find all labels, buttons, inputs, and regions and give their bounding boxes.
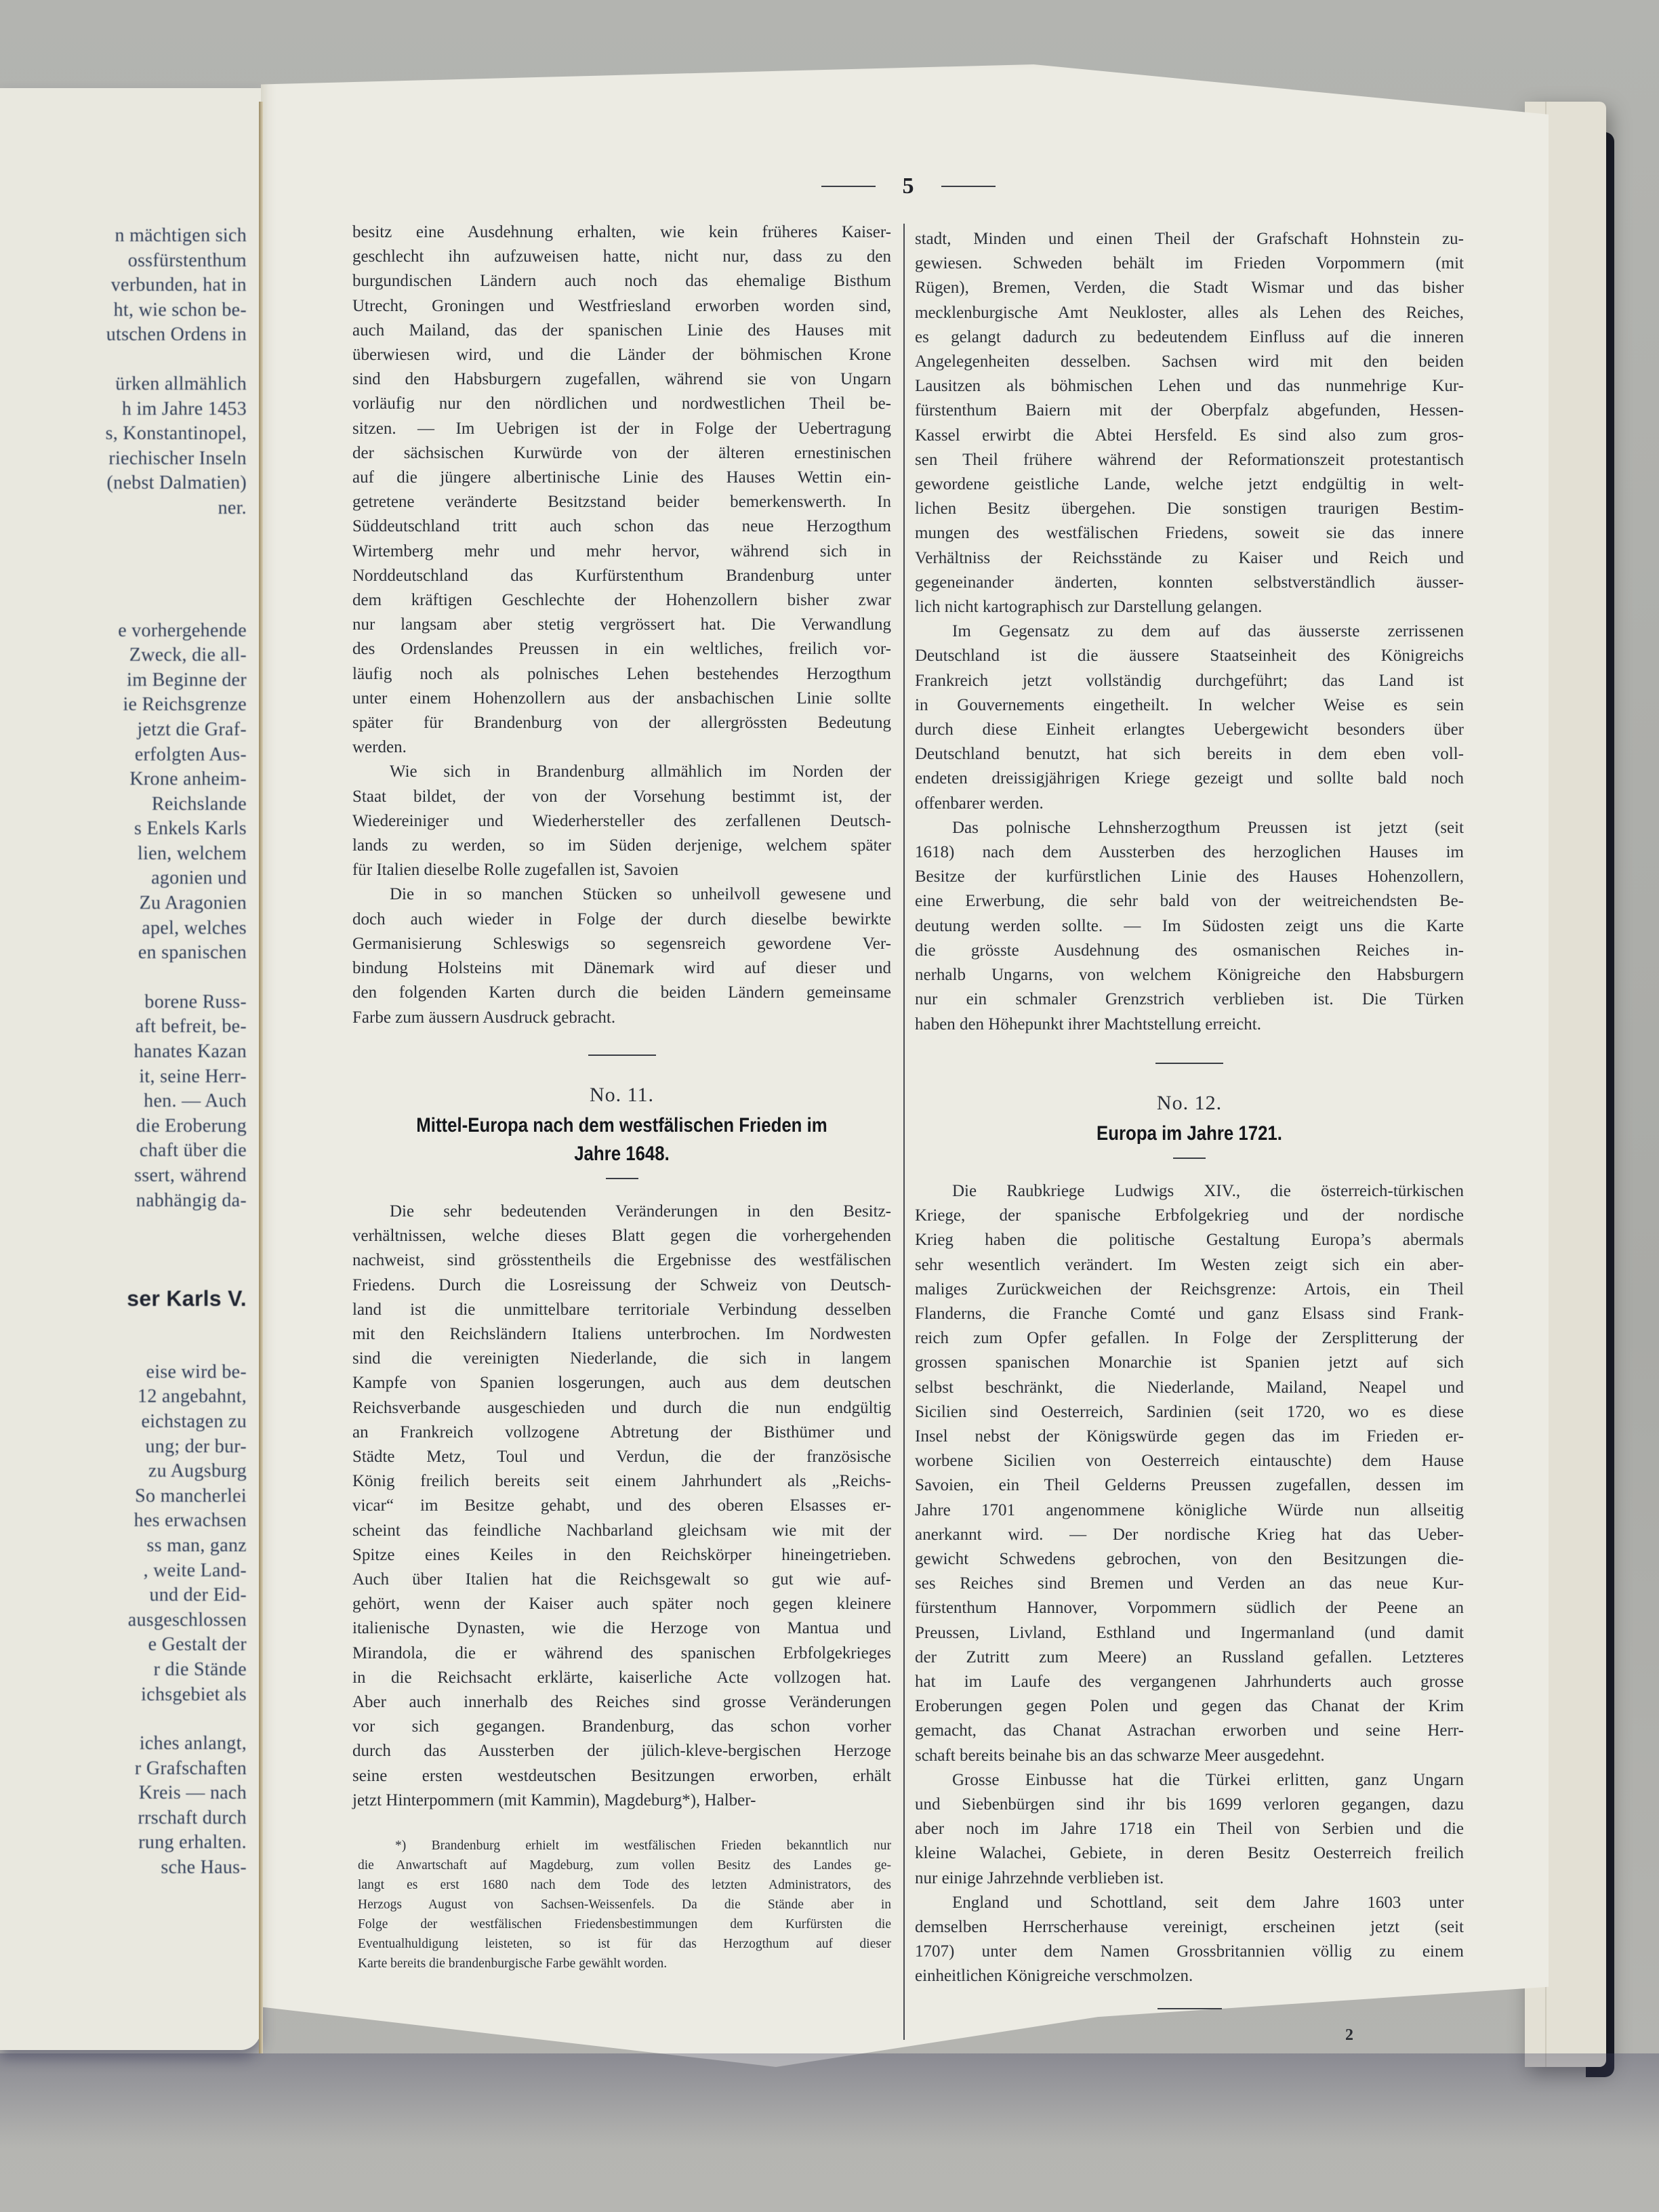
text-line: 12 angebahnt,	[0, 1385, 247, 1410]
text-line: auf die jüngere albertinische Linie des …	[352, 466, 891, 490]
section-12-body: Die Raubkriege Ludwigs XIV., die österre…	[915, 1179, 1464, 1768]
text-line: Norddeutschland das Kurfürstenthum Brand…	[352, 564, 891, 588]
text-line: utschen Ordens in	[0, 323, 247, 348]
section-title-11: Mittel-Europa nach dem westfälischen Fri…	[361, 1111, 883, 1168]
text-line: Farbe zum äussern Ausdruck gebracht.	[352, 1006, 891, 1030]
text-line: gewordene geistliche Lande, welche jetzt…	[915, 472, 1464, 497]
text-line: durch diese Einheit erlangtes Uebergewic…	[915, 718, 1464, 742]
text-line: Das polnische Lehnsherzogthum Preussen i…	[915, 816, 1464, 840]
page-bottom-shadow	[0, 2053, 1659, 2212]
text-line: Besitze der kurfürstlichen Linie des Hau…	[915, 865, 1464, 889]
text-line: (nebst Dalmatien)	[0, 471, 247, 496]
text-line: hen. — Auch	[0, 1089, 247, 1114]
text-line: Folge der westfälischen Friedensbestimmu…	[358, 1914, 891, 1934]
text-line: hanates Kazan	[0, 1040, 247, 1065]
text-line: langt es erst 1680 nach dem Tode des let…	[358, 1875, 891, 1895]
text-line: durch das Aussterben der jülich-kleve-be…	[352, 1739, 891, 1763]
text-line: in die Reichsacht erklärte, kaiserliche …	[352, 1666, 891, 1690]
text-line: n mächtigen sich	[0, 224, 247, 249]
text-line: apel, welches	[0, 916, 247, 941]
header-rule-left	[821, 186, 876, 187]
text-line: sehr wesentlich verändert. Im Westen zei…	[915, 1253, 1464, 1277]
text-line: sitzen. — Im Uebrigen ist der in Folge d…	[352, 417, 891, 441]
text-line: getretene veränderte Besitzstand beider …	[352, 490, 891, 514]
text-line: riechischer Inseln	[0, 447, 247, 472]
text-line: hes erwachsen	[0, 1509, 247, 1534]
text-line: erfolgten Aus-	[0, 743, 247, 768]
text-line: geschlecht ihn aufzuweisen hatte, nicht …	[352, 245, 891, 269]
text-line: zu Augsburg	[0, 1459, 247, 1484]
text-line: So mancherlei	[0, 1484, 247, 1509]
text-line: deutung werden sollte. — Im Südosten zei…	[915, 914, 1464, 939]
text-line: reich zum Opfer gefallen. In Folge der Z…	[915, 1326, 1464, 1351]
text-line: offenbarer werden.	[915, 792, 1464, 816]
text-line: mungen des westfälischen Friedens, sowei…	[915, 521, 1464, 546]
text-line: im Beginne der	[0, 668, 247, 693]
text-line: Karte bereits die brandenburgische Farbe…	[358, 1954, 891, 1973]
text-line: sen Theil frühere während der Reformatio…	[915, 448, 1464, 472]
text-line: s Enkels Karls	[0, 817, 247, 842]
left-fragment-block-d: borene Russ-aft befreit, be-hanates Kaza…	[0, 990, 247, 1213]
end-rule	[1158, 2008, 1222, 2009]
text-line: den folgenden Karten durch die beiden Lä…	[352, 981, 891, 1005]
text-line: 1707) unter dem Namen Grossbritannien vö…	[915, 1940, 1464, 1964]
text-line: Wie sich in Brandenburg allmählich im No…	[352, 760, 891, 784]
text-line: rrschaft durch	[0, 1806, 247, 1831]
text-line: *) Brandenburg erhielt im westfälischen …	[358, 1836, 891, 1856]
text-line: chaft über die	[0, 1139, 247, 1164]
section-divider-rule	[588, 1054, 656, 1056]
text-line: ichsgebiet als	[0, 1683, 247, 1708]
section-number-12: No. 12.	[915, 1091, 1464, 1115]
text-line: mit den Reichsländern Italiens unterbroc…	[352, 1322, 891, 1347]
text-line: ossfürstenthum	[0, 249, 247, 274]
left-page-text: n mächtigen sichossfürstenthumverbunden,…	[0, 224, 247, 1881]
left-fragment-block-e: eise wird be-12 angebahnt,eichstagen zuu…	[0, 1360, 247, 1707]
text-line: Reichslande	[0, 792, 247, 817]
text-line: Die in so manchen Stücken so unheilvoll …	[352, 882, 891, 907]
text-line: die Anwartschaft auf Magdeburg, zum voll…	[358, 1856, 891, 1875]
text-line: Kreis — nach	[0, 1781, 247, 1806]
text-line: und Siebenbürgen sind ihr bis 1699 verlo…	[915, 1793, 1464, 1817]
section-number-11: No. 11.	[352, 1083, 891, 1107]
text-line: ht, wie schon be-	[0, 298, 247, 323]
text-line: italienische Dynasten, wie die Herzoge v…	[352, 1616, 891, 1641]
page-number: 5	[903, 173, 914, 199]
text-line: Deutschland ist die äussere Staatseinhei…	[915, 644, 1464, 668]
text-line: und der Eid-	[0, 1583, 247, 1608]
text-line: Wiedereiniger und Wiederhersteller des z…	[352, 809, 891, 834]
text-line: Städte Metz, Toul und Verdun, die der fr…	[352, 1445, 891, 1469]
text-line: besitz eine Ausdehnung erhalten, wie kei…	[352, 220, 891, 245]
text-line: ung; der bur-	[0, 1435, 247, 1460]
text-line: Rügen), Bremen, Verden, die Stadt Wismar…	[915, 276, 1464, 300]
paragraph-tuerkei: Grosse Einbusse hat die Türkei erlitten,…	[915, 1768, 1464, 1891]
text-line: lien, welchem	[0, 842, 247, 867]
text-line: ner.	[0, 496, 247, 521]
text-line: eine Erwerbung, die sehr bald von der we…	[915, 889, 1464, 914]
text-line: agonien und	[0, 866, 247, 891]
text-line: Germanisierung Schleswigs so segensreich…	[352, 932, 891, 956]
text-line: die Eroberung	[0, 1114, 247, 1139]
text-line: eise wird be-	[0, 1360, 247, 1385]
text-line: ses Reiches sind Bremen und Verden an da…	[915, 1572, 1464, 1596]
section-11-body: Die sehr bedeutenden Veränderungen in de…	[352, 1200, 891, 1813]
text-line: Lausitzen als böhmischen Lehen und das n…	[915, 374, 1464, 398]
column-divider	[903, 224, 905, 2040]
text-line: später für Brandenburg von der allergrös…	[352, 711, 891, 735]
paragraph-grossbritannien: England und Schottland, seit dem Jahre 1…	[915, 1891, 1464, 1989]
text-line: borene Russ-	[0, 990, 247, 1015]
left-fragment-block-b: ürken allmählichh im Jahre 1453s, Konsta…	[0, 372, 247, 521]
text-line: nachweist, sind grösstentheils die Ergeb…	[352, 1248, 891, 1273]
text-column-left: besitz eine Ausdehnung erhalten, wie kei…	[352, 220, 891, 1973]
text-line: nur einige Jahrzehnde verblieben ist.	[915, 1866, 1464, 1891]
text-line: vor sich gegangen. Brandenburg, das scho…	[352, 1715, 891, 1739]
text-line: nur langsam aber stetig vergrössert hat.…	[352, 613, 891, 637]
section-title-12: Europa im Jahre 1721.	[924, 1120, 1455, 1148]
text-line: Angelegenheiten desselben. Sachsen wird …	[915, 350, 1464, 374]
paragraph-brandenburg-savoien: Wie sich in Brandenburg allmählich im No…	[352, 760, 891, 882]
text-line: gemacht, das Chanat Astrachan erworben u…	[915, 1719, 1464, 1743]
text-line: Zweck, die all-	[0, 643, 247, 668]
text-line: burgundischen Ländern auch noch das ehem…	[352, 269, 891, 293]
text-line: fürstenthum Hannover, Vorpommern südlich…	[915, 1596, 1464, 1620]
text-line: seine ersten westdeutschen Besitzungen e…	[352, 1764, 891, 1788]
page-header: 5	[806, 173, 1010, 200]
text-line: eichstagen zu	[0, 1410, 247, 1435]
text-line: fürstenthum Baiern mit der Oberpfalz abg…	[915, 398, 1464, 423]
text-line: stadt, Minden und einen Theil der Grafsc…	[915, 227, 1464, 251]
text-line: Im Gegensatz zu dem auf das äusserste ze…	[915, 619, 1464, 644]
text-line: h im Jahre 1453	[0, 397, 247, 422]
text-line: lands zu werden, so im Süden derjenige, …	[352, 834, 891, 858]
text-line: maliges Zurückweichen der Reichsgrenze: …	[915, 1277, 1464, 1302]
text-line: aber noch im Jahre 1718 ein Theil von Se…	[915, 1817, 1464, 1841]
text-line: Auch über Italien hat die Reichsgewalt s…	[352, 1568, 891, 1592]
text-line: , weite Land-	[0, 1559, 247, 1584]
text-line: Herzogs August von Sachsen-Weissenfels. …	[358, 1895, 891, 1914]
text-line: iches anlangt,	[0, 1732, 247, 1757]
text-line: Frankreich jetzt vollständig durchgeführ…	[915, 669, 1464, 693]
text-line: worbene Sicilien von Oesterreich eintaus…	[915, 1449, 1464, 1473]
text-line: verbunden, hat in	[0, 273, 247, 298]
text-line: e vorhergehende	[0, 619, 247, 644]
text-line: auch Mailand, das der spanischen Linie d…	[352, 319, 891, 343]
paragraph-schweden-sachsen: stadt, Minden und einen Theil der Grafsc…	[915, 227, 1464, 619]
text-line: aft befreit, be-	[0, 1015, 247, 1040]
text-line: Verhältniss der Reichsstände zu Kaiser u…	[915, 546, 1464, 571]
paragraph-frankreich: Im Gegensatz zu dem auf das äusserste ze…	[915, 619, 1464, 816]
left-fragment-heading: ser Karls V.	[0, 1286, 247, 1311]
text-line: ürken allmählich	[0, 372, 247, 397]
text-line: nabhängig da-	[0, 1189, 247, 1214]
text-line: nur ein schmaler Grenzstrich verblieben …	[915, 987, 1464, 1012]
text-line: r die Stände	[0, 1658, 247, 1683]
text-line: die grösste Ausdehnung des osmanischen R…	[915, 939, 1464, 963]
text-line: gewicht Schwedens gebrochen, von den Bes…	[915, 1547, 1464, 1572]
text-line: Deutschland benutzt, hat sich bereits in…	[915, 742, 1464, 766]
text-line: Friedens. Durch die Losreissung der Schw…	[352, 1273, 891, 1298]
text-line: läufig noch als polnisches Lehen bestehe…	[352, 662, 891, 687]
text-line: Sicilien sind Oesterreich, Sardinien (se…	[915, 1400, 1464, 1425]
text-line: haben den Höhepunkt ihrer Machtstellung …	[915, 1012, 1464, 1037]
text-line: ssert, während	[0, 1164, 247, 1189]
text-line: 1618) nach dem Aussterben des herzoglich…	[915, 840, 1464, 865]
text-line: kleine Walachei, Gebiete, in deren Besit…	[915, 1841, 1464, 1866]
text-line: endeten dreissigjährigen Kriege gezeigt …	[915, 766, 1464, 791]
text-line: der Zutritt zum Meere) an Russland gefal…	[915, 1645, 1464, 1670]
text-line: des Ordenslandes Preussen in ein weltlic…	[352, 637, 891, 661]
section-divider-rule	[1155, 1063, 1223, 1064]
text-line: Savoien, ein Theil Gelderns Preussen zug…	[915, 1473, 1464, 1498]
text-line: anerkannt wird. — Der nordische Krieg ha…	[915, 1523, 1464, 1547]
text-line: gehört, wenn der Kaiser auch später noch…	[352, 1592, 891, 1616]
text-line: Süddeutschland tritt auch schon das neue…	[352, 514, 891, 539]
text-line: Grosse Einbusse hat die Türkei erlitten,…	[915, 1768, 1464, 1793]
text-line: Insel nebst der Königswürde gegen das im…	[915, 1425, 1464, 1449]
text-line: Mirandola, die er während des spanischen…	[352, 1641, 891, 1666]
text-line: nerhalb Ungarns, von welchem Königreiche…	[915, 963, 1464, 987]
text-line: ausgeschlossen	[0, 1608, 247, 1633]
text-line: für Italien dieselbe Rolle zugefallen is…	[352, 858, 891, 882]
text-line: gewiesen. Schweden behält im Frieden Vor…	[915, 251, 1464, 276]
text-line: England und Schottland, seit dem Jahre 1…	[915, 1891, 1464, 1915]
text-line: grossen spanischen Monarchie ist Spanien…	[915, 1351, 1464, 1375]
text-line: in Gouvernements eingetheilt. In welcher…	[915, 693, 1464, 718]
text-line: lich nicht kartographisch zur Darstellun…	[915, 595, 1464, 619]
left-fragment-block-a: n mächtigen sichossfürstenthumverbunden,…	[0, 224, 247, 348]
text-line: an Frankreich vollzogene Abtretung der B…	[352, 1420, 891, 1445]
header-rule-right	[941, 186, 996, 187]
text-line: der sächsischen Kurwürde von der älteren…	[352, 441, 891, 466]
text-line: sind die vereinigten Niederlande, die si…	[352, 1347, 891, 1371]
text-line: rung erhalten.	[0, 1830, 247, 1856]
text-line: e Gestalt der	[0, 1633, 247, 1658]
text-line: überwiesen wird, und die Länder der böhm…	[352, 343, 891, 367]
text-line: scheint das feindliche Nachbarland gleic…	[352, 1519, 891, 1543]
text-line: jetzt die Graf-	[0, 718, 247, 743]
title-underline-rule	[1173, 1158, 1206, 1159]
title-underline-rule	[606, 1178, 638, 1179]
text-line: Die sehr bedeutenden Veränderungen in de…	[352, 1200, 891, 1224]
footnote: *) Brandenburg erhielt im westfälischen …	[352, 1836, 891, 1973]
text-line: land ist die unmittelbare territoriale V…	[352, 1298, 891, 1322]
text-line: ie Reichsgrenze	[0, 693, 247, 718]
text-line: vorläufig nur den nördlichen und nordwes…	[352, 392, 891, 416]
text-line: Utrecht, Groningen und Westfriesland erw…	[352, 294, 891, 319]
text-line: jetzt Hinterpommern (mit Kammin), Magdeb…	[352, 1788, 891, 1813]
text-line: bindung Holsteins mit Dänemark wird auf …	[352, 956, 891, 981]
paragraph-preussen: Das polnische Lehnsherzogthum Preussen i…	[915, 816, 1464, 1037]
text-line: schaft bereits beinahe bis an das schwar…	[915, 1744, 1464, 1768]
text-line: König freilich bereits seit einem Jahrhu…	[352, 1469, 891, 1494]
text-line: mecklenburgische Amt Neukloster, alles a…	[915, 301, 1464, 325]
text-line: dem kräftigen Geschlechte der Hohenzolle…	[352, 588, 891, 613]
text-line: sche Haus-	[0, 1856, 247, 1881]
text-line: werden.	[352, 735, 891, 760]
text-line: s, Konstantinopel,	[0, 422, 247, 447]
text-line: hat im Laufe des vergangenen Jahrhundert…	[915, 1670, 1464, 1694]
text-line: verhältnissen, welche dieses Blatt gegen…	[352, 1224, 891, 1248]
text-line: r Grafschaften	[0, 1757, 247, 1782]
text-line: ss man, ganz	[0, 1534, 247, 1559]
left-page: n mächtigen sichossfürstenthumverbunden,…	[0, 88, 261, 2050]
text-line: lichen Besitz übergehen. Die sonstigen t…	[915, 497, 1464, 521]
text-line: Krieg haben die politische Gestaltung Eu…	[915, 1228, 1464, 1252]
text-line: Zu Aragonien	[0, 891, 247, 916]
text-column-right: stadt, Minden und einen Theil der Grafsc…	[915, 227, 1464, 2009]
text-line: Wirtemberg mehr und mehr hervor, während…	[352, 539, 891, 564]
text-line: demselben Herrscherhause vereinigt, ersc…	[915, 1915, 1464, 1940]
text-line: selbst beschränkt, die Niederlande, Mail…	[915, 1376, 1464, 1400]
text-line: unter einem Hohenzollern aus der ansbach…	[352, 687, 891, 711]
text-line: Kassel erwirbt die Abtei Hersfeld. Es si…	[915, 424, 1464, 448]
text-line: einheitlichen Königreiche verschmolzen.	[915, 1964, 1464, 1988]
text-line: Flanderns, die Franche Comté und ganz El…	[915, 1302, 1464, 1326]
text-line: gegeneinander änderten, konnten selbstve…	[915, 571, 1464, 595]
text-line: Staat bildet, der von der Vorsehung best…	[352, 785, 891, 809]
text-line: Aber auch innerhalb des Reiches sind gro…	[352, 1690, 891, 1715]
text-line: Preussen, Livland, Esthland und Ingerman…	[915, 1621, 1464, 1645]
left-fragment-block-c: e vorhergehendeZweck, die all-im Beginne…	[0, 619, 247, 966]
text-line: Jahre 1701 angenommene königliche Würde …	[915, 1498, 1464, 1523]
text-line: sind den Habsburgern zugefallen, während…	[352, 367, 891, 392]
book-gutter	[259, 102, 263, 2053]
paragraph-schleswig-holstein: Die in so manchen Stücken so unheilvoll …	[352, 882, 891, 1029]
text-line: Kampfe von Spanien losgerungen, auch aus…	[352, 1371, 891, 1395]
text-line: Eventualhuldigung leisteten, so ist für …	[358, 1934, 891, 1954]
text-line: it, seine Herr-	[0, 1065, 247, 1090]
signature-mark: 2	[1345, 2026, 1353, 2045]
text-line: Krone anheim-	[0, 767, 247, 792]
text-line: vicar“ im Besitze gehabt, und des oberen…	[352, 1494, 891, 1518]
text-line: Kriege, der spanische Erbfolgekrieg und …	[915, 1204, 1464, 1228]
text-line: Die Raubkriege Ludwigs XIV., die österre…	[915, 1179, 1464, 1204]
text-line: en spanischen	[0, 941, 247, 966]
left-fragment-block-f: iches anlangt,r GrafschaftenKreis — nach…	[0, 1732, 247, 1881]
text-line: es gelangt dadurch zu bedeutendem Einflu…	[915, 325, 1464, 350]
paragraph-continued: besitz eine Ausdehnung erhalten, wie kei…	[352, 220, 891, 760]
text-line: Eroberungen gegen Polen und gegen das Ch…	[915, 1694, 1464, 1719]
text-line: doch auch wieder in Folge der durch dies…	[352, 907, 891, 932]
text-line: Reichsverbande ausgeschieden und durch d…	[352, 1396, 891, 1420]
text-line: Spitze eines Keiles in den Reichskörper …	[352, 1543, 891, 1568]
